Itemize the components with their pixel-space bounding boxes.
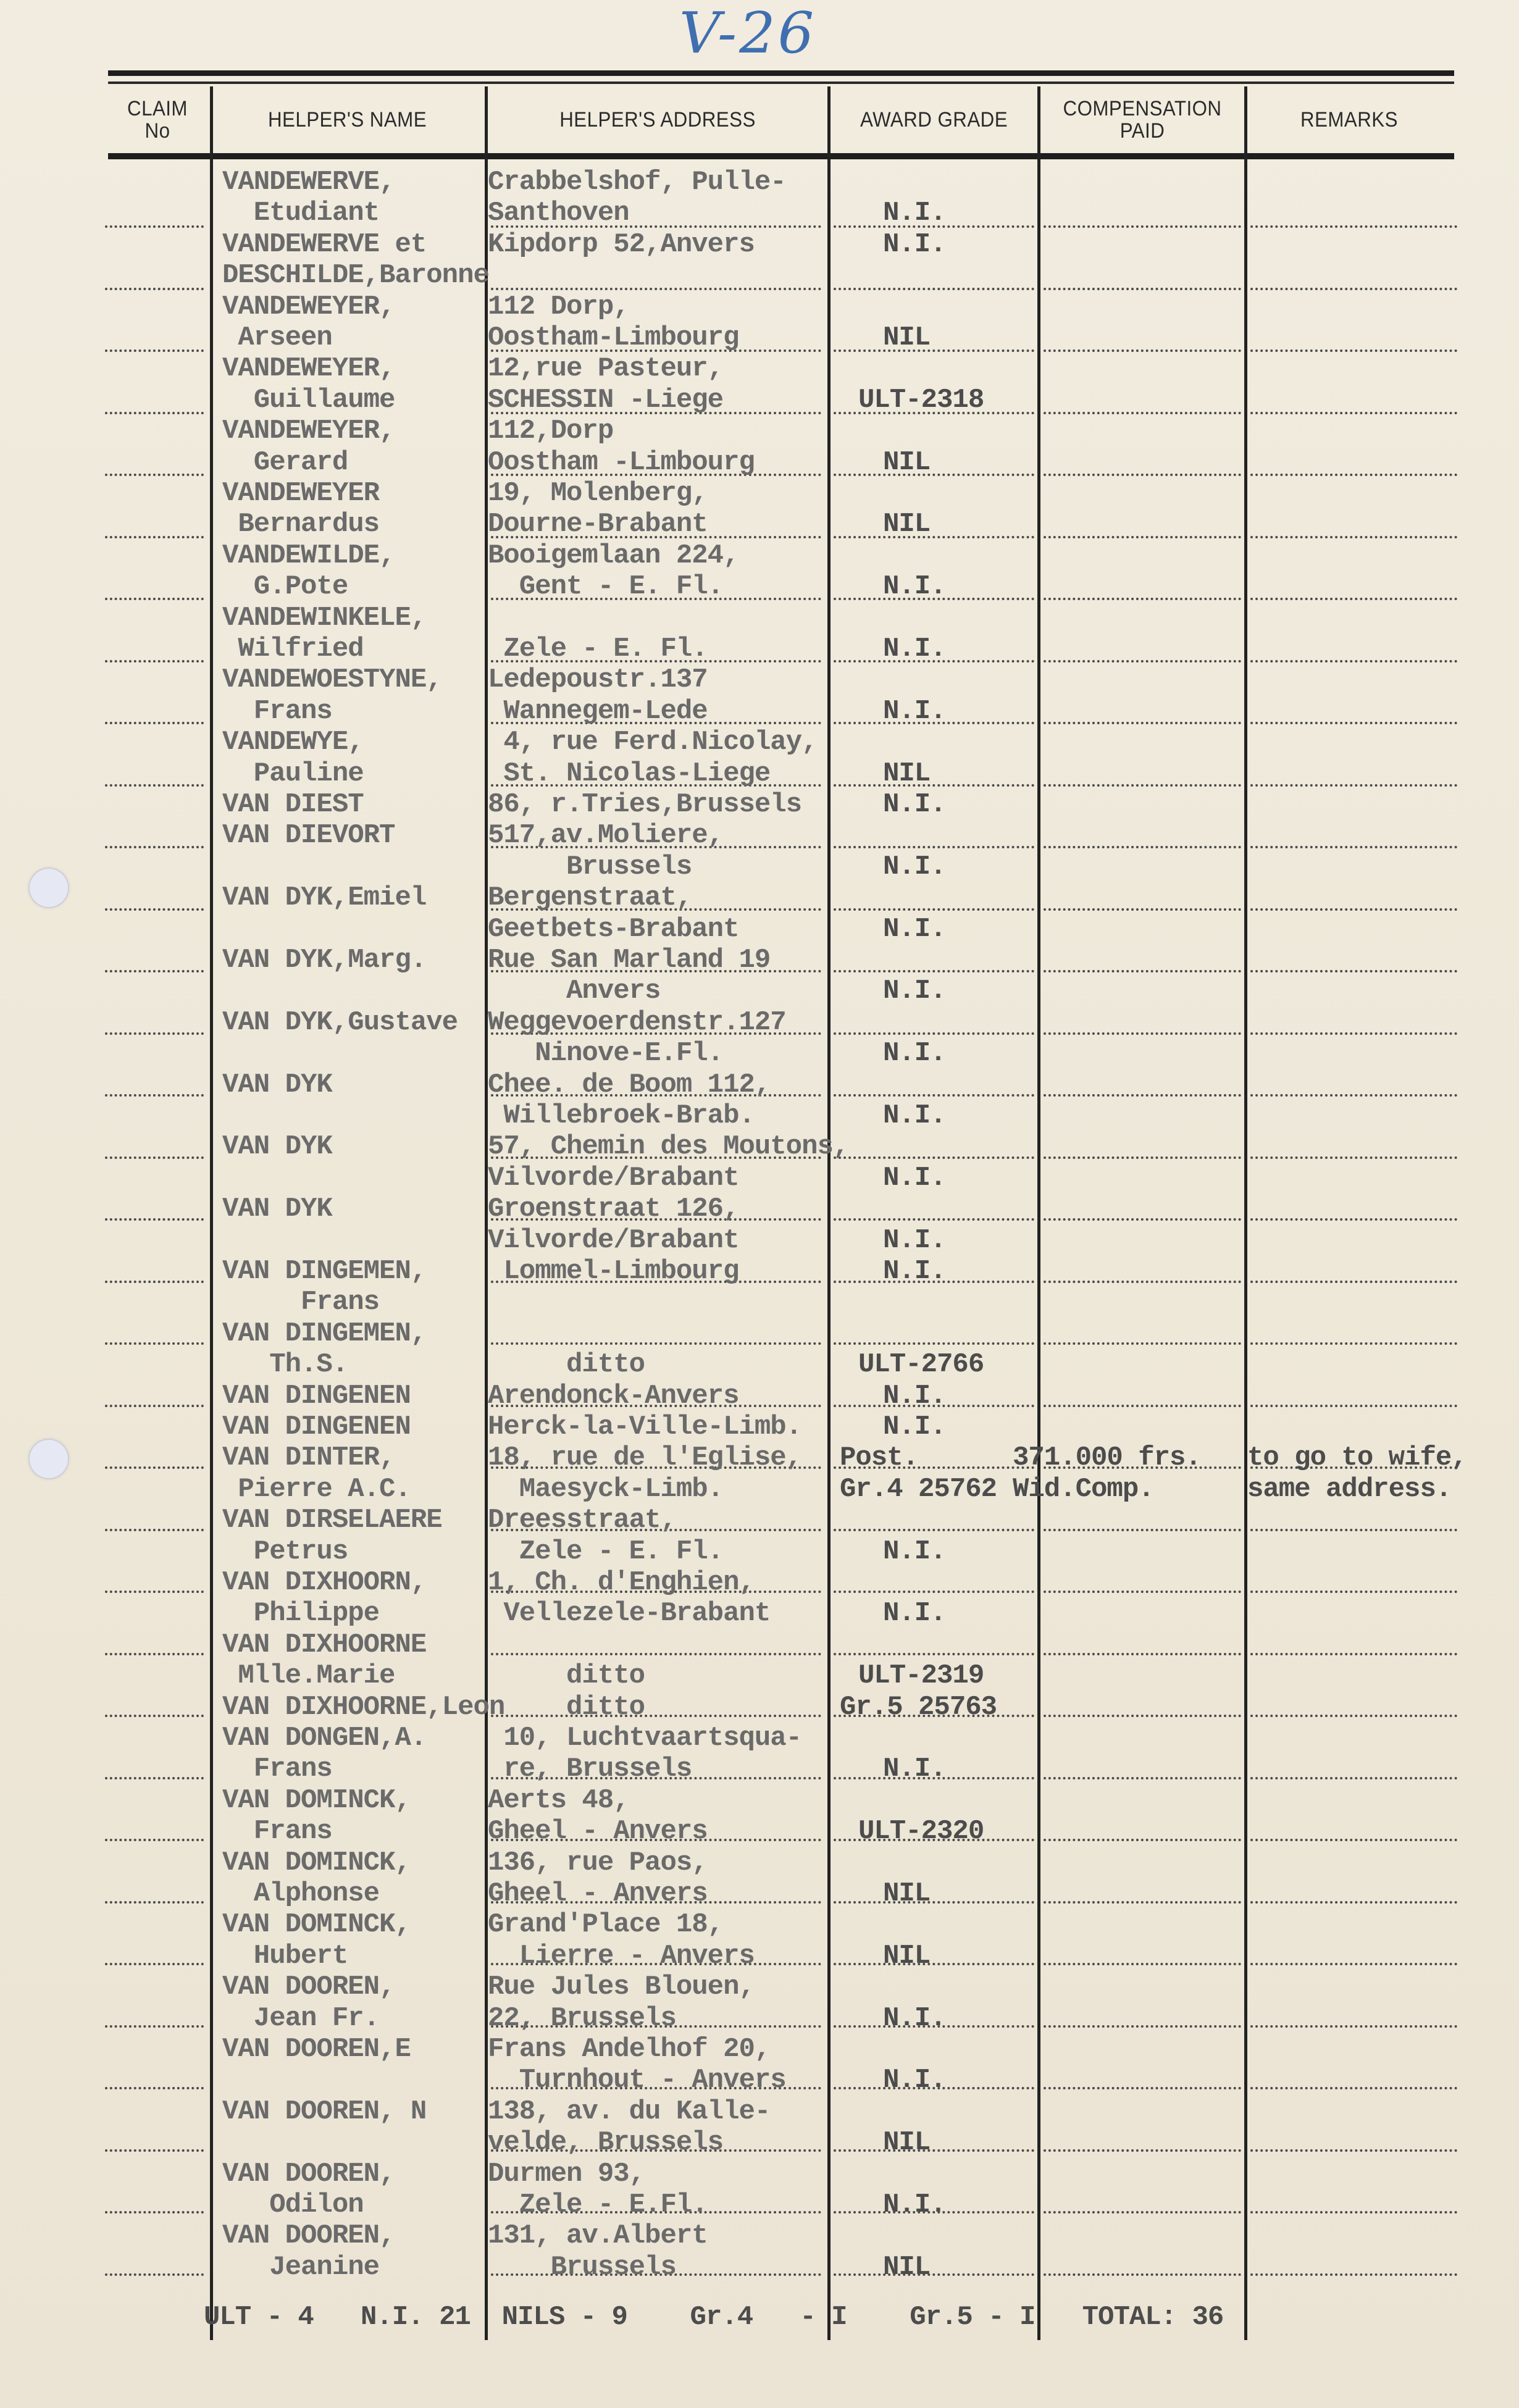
- award-grade-text: ULT-2318: [858, 385, 984, 416]
- header-helpers-name: HELPER'S NAME: [224, 86, 471, 154]
- row-separator: [105, 1529, 204, 1531]
- helper-name-text: VAN DONGEN,A.: [222, 1723, 426, 1754]
- row-separator: [1044, 2211, 1241, 2214]
- helper-address-text: velde, Brussels: [488, 2127, 723, 2158]
- row-separator: [1044, 598, 1241, 600]
- helper-name-text: VANDEWOESTYNE,: [222, 664, 442, 695]
- helper-name-text: VAN DIXHOORNE,Leon: [222, 1692, 504, 1723]
- row-separator: [1250, 2025, 1457, 2028]
- award-grade-text: N.I.: [883, 789, 946, 820]
- helper-name-text: VAN DIRSELAERE: [222, 1505, 442, 1536]
- row-separator: [834, 2273, 1034, 2276]
- row-separator: [105, 908, 204, 911]
- helper-name-text: VAN DOOREN, N: [222, 2096, 426, 2127]
- award-grade-text: Gr.4 25762: [840, 1474, 997, 1505]
- helper-address-text: Oostham-Limbourg: [488, 322, 739, 353]
- award-grade-text: N.I.: [883, 229, 946, 260]
- row-separator: [1250, 349, 1457, 352]
- award-grade-text: N.I.: [883, 851, 946, 882]
- helper-name-text: VANDEWEYER,: [222, 416, 395, 446]
- row-separator: [105, 349, 204, 352]
- row-separator: [105, 970, 204, 972]
- row-separator: [1250, 1094, 1457, 1097]
- column-divider: [827, 86, 831, 2340]
- helper-address-text: SCHESSIN -Liege: [488, 385, 723, 416]
- award-grade-text: N.I.: [883, 2003, 946, 2034]
- row-separator: [105, 2087, 204, 2089]
- helper-name-text: Petrus: [222, 1536, 348, 1567]
- award-grade-text: N.I.: [883, 1256, 946, 1287]
- column-divider: [210, 86, 213, 2340]
- helper-address-text: Zele - E. Fl.: [488, 1536, 723, 1567]
- remarks-text: same address.: [1247, 1474, 1451, 1505]
- row-separator: [1250, 412, 1457, 414]
- helper-name-text: VAN DOOREN,: [222, 2220, 395, 2251]
- award-grade-text: ULT-2320: [858, 1816, 984, 1847]
- helper-name-text: VANDEWINKELE,: [222, 603, 426, 633]
- helper-address-text: Santhoven: [488, 198, 629, 228]
- helper-address-text: Ninove-E.Fl.: [488, 1038, 723, 1069]
- helper-address-text: Gheel - Anvers: [488, 1878, 708, 1909]
- helper-name-text: VAN DYK: [222, 1131, 332, 1162]
- row-separator: [1250, 660, 1457, 663]
- row-separator: [1250, 1591, 1457, 1593]
- row-separator: [105, 1342, 204, 1345]
- row-separator: [1250, 1529, 1457, 1531]
- helper-address-text: Durmen 93,: [488, 2159, 645, 2189]
- row-separator: [1250, 2149, 1457, 2152]
- row-separator: [105, 1715, 204, 1717]
- award-grade-text: ULT-2319: [858, 1660, 984, 1691]
- row-separator: [1044, 1342, 1241, 1345]
- helper-name-text: DESCHILDE,Baronne: [222, 260, 489, 291]
- helper-name-text: Guillaume: [222, 385, 395, 416]
- row-separator: [1044, 412, 1241, 414]
- helper-address-text: Vilvorde/Brabant: [488, 1225, 739, 1256]
- helper-name-text: VAN DOMINCK,: [222, 1785, 411, 1816]
- row-separator: [1250, 1839, 1457, 1841]
- award-grade-text: N.I.: [883, 976, 946, 1006]
- row-separator: [1250, 1963, 1457, 1965]
- helper-address-text: re, Brussels: [488, 1754, 692, 1784]
- row-separator: [105, 1777, 204, 1779]
- row-separator: [1250, 722, 1457, 724]
- helper-address-text: 86, r.Tries,Brussels: [488, 789, 801, 820]
- helper-name-text: Gerard: [222, 447, 348, 478]
- helper-name-text: Jeanine: [222, 2252, 379, 2283]
- award-grade-text: Gr.5 25763: [840, 1692, 997, 1723]
- helper-address-text: 10, Luchtvaartsqua-: [488, 1723, 801, 1754]
- row-separator: [1250, 598, 1457, 600]
- helper-name-text: Mlle.Marie: [222, 1660, 395, 1691]
- row-separator: [1250, 225, 1457, 228]
- award-grade-text: ULT-2766: [858, 1349, 984, 1380]
- row-separator: [105, 846, 204, 848]
- row-separator: [1044, 1839, 1241, 1841]
- helper-address-text: Anvers: [488, 976, 660, 1006]
- row-separator: [1044, 349, 1241, 352]
- row-separator: [1044, 908, 1241, 911]
- row-separator: [1250, 1901, 1457, 1904]
- row-separator: [105, 2211, 204, 2214]
- helper-name-text: Alphonse: [222, 1878, 379, 1909]
- row-separator: [1044, 2149, 1241, 2152]
- row-separator: [834, 536, 1034, 538]
- award-grade-text: N.I.: [883, 1100, 946, 1131]
- helper-address-text: 1, Ch. d'Enghien,: [488, 1567, 755, 1598]
- helper-address-text: Frans Andelhof 20,: [488, 2034, 770, 2065]
- row-separator: [1044, 1653, 1241, 1655]
- award-grade-text: NIL: [883, 322, 930, 353]
- row-separator: [105, 288, 204, 290]
- helper-address-text: Weggevoerdenstr.127: [488, 1007, 786, 1038]
- row-separator: [1044, 2273, 1241, 2276]
- header-claim-no: CLAIMNo: [112, 86, 203, 154]
- award-grade-text: NIL: [883, 2252, 930, 2283]
- row-separator: [834, 288, 1034, 290]
- row-separator: [1250, 784, 1457, 787]
- helper-address-text: Crabbelshof, Pulle-: [488, 167, 786, 198]
- row-separator: [1044, 846, 1241, 848]
- row-separator: [1044, 1405, 1241, 1407]
- helper-name-text: VAN DIXHOORN,: [222, 1567, 426, 1598]
- compensation-text: 371.000 frs.: [1013, 1442, 1201, 1473]
- helper-name-text: VANDEWEYER,: [222, 353, 395, 384]
- row-separator: [1250, 2211, 1457, 2214]
- helper-name-text: VAN DINGEMEN,: [222, 1256, 426, 1287]
- header-compensation-paid: COMPENSATIONPAID: [1048, 86, 1236, 154]
- helper-address-text: Aerts 48,: [488, 1785, 629, 1816]
- helper-address-text: 18, rue de l'Eglise,: [488, 1442, 801, 1473]
- award-grade-text: N.I.: [883, 571, 946, 602]
- row-separator: [1044, 784, 1241, 787]
- helper-name-text: VAN DYK,Gustave: [222, 1007, 458, 1038]
- award-grade-text: N.I.: [883, 1163, 946, 1194]
- row-separator: [1250, 288, 1457, 290]
- row-separator: [1044, 1777, 1241, 1779]
- helper-name-text: Bernardus: [222, 509, 379, 540]
- row-separator: [1250, 1218, 1457, 1221]
- row-separator: [834, 1094, 1034, 1097]
- row-separator: [1044, 1094, 1241, 1097]
- helper-name-text: VAN DINTER,: [222, 1442, 395, 1473]
- row-separator: [1044, 722, 1241, 724]
- row-separator: [1250, 1715, 1457, 1717]
- helper-address-text: Brussels: [488, 851, 692, 882]
- totals-line: ULT - 4 N.I. 21 NILS - 9 Gr.4 - I Gr.5 -…: [204, 2302, 1223, 2333]
- row-separator: [105, 598, 204, 600]
- helper-name-text: Jean Fr.: [222, 2003, 379, 2034]
- helper-address-text: 517,av.Moliere,: [488, 820, 723, 851]
- helper-address-text: St. Nicolas-Liege: [488, 758, 770, 789]
- helper-name-text: VAN DYK: [222, 1194, 332, 1224]
- punch-hole: [28, 867, 69, 908]
- helper-name-text: VAN DINGENEN: [222, 1381, 411, 1411]
- row-separator: [105, 2149, 204, 2152]
- helper-name-text: Pauline: [222, 758, 364, 789]
- helper-name-text: Wilfried: [222, 633, 364, 664]
- helper-address-text: 22, Brussels: [488, 2003, 676, 2034]
- helper-address-text: Dourne-Brabant: [488, 509, 708, 540]
- award-grade-text: N.I.: [883, 1598, 946, 1629]
- row-separator: [1044, 970, 1241, 972]
- helper-address-text: Chee. de Boom 112,: [488, 1069, 770, 1100]
- helper-address-text: 19, Molenberg,: [488, 478, 708, 509]
- helper-name-text: Hubert: [222, 1941, 348, 1971]
- helper-address-text: Rue Jules Blouen,: [488, 1971, 755, 2002]
- row-separator: [105, 1591, 204, 1593]
- row-separator: [1044, 1281, 1241, 1283]
- row-separator: [1250, 1777, 1457, 1779]
- award-grade-text: NIL: [883, 1878, 930, 1909]
- remarks-text: to go to wife,: [1247, 1442, 1467, 1473]
- row-separator: [834, 474, 1034, 476]
- helper-name-text: VAN DYK,Marg.: [222, 945, 426, 976]
- row-separator: [105, 1094, 204, 1097]
- helper-name-text: VAN DOOREN,E: [222, 2034, 411, 2065]
- helper-name-text: VANDEWERVE,: [222, 167, 395, 198]
- row-separator: [105, 225, 204, 228]
- row-separator: [105, 1218, 204, 1221]
- helper-address-text: Zele - E.Fl.: [488, 2189, 708, 2220]
- row-separator: [105, 412, 204, 414]
- helper-name-text: Frans: [222, 1816, 332, 1847]
- helper-address-text: 112 Dorp,: [488, 291, 629, 322]
- helper-address-text: Vellezele-Brabant: [488, 1598, 770, 1629]
- helper-address-text: Geetbets-Brabant: [488, 914, 739, 945]
- helper-name-text: Frans: [222, 1287, 379, 1318]
- row-separator: [1044, 1901, 1241, 1904]
- helper-address-text: 136, rue Paos,: [488, 1847, 708, 1878]
- helper-address-text: Brussels: [488, 2252, 676, 2283]
- header-helpers-address: HELPER'S ADDRESS: [501, 86, 814, 154]
- row-separator: [1250, 1653, 1457, 1655]
- award-grade-text: NIL: [883, 447, 930, 478]
- helper-name-text: Odilon: [222, 2189, 364, 2220]
- row-separator: [105, 1466, 204, 1469]
- helper-address-text: Herck-la-Ville-Limb.: [488, 1411, 801, 1442]
- row-separator: [834, 1156, 1034, 1159]
- helper-name-text: VAN DIXHOORNE: [222, 1629, 426, 1660]
- row-separator: [834, 784, 1034, 787]
- row-separator: [1250, 2087, 1457, 2089]
- helper-name-text: VAN DINGEMEN,: [222, 1318, 426, 1349]
- ledger-page: V-26 CLAIMNo HELPER'S NAME HELPER'S ADDR…: [0, 0, 1519, 2408]
- helper-address-text: Gheel - Anvers: [488, 1816, 708, 1847]
- row-separator: [1250, 846, 1457, 848]
- row-separator: [1250, 1156, 1457, 1159]
- row-separator: [834, 1591, 1034, 1593]
- helper-name-text: VAN DOOREN,: [222, 1971, 395, 2002]
- helper-name-text: VANDEWEYER,: [222, 291, 395, 322]
- row-separator: [491, 1653, 821, 1655]
- row-separator: [105, 1839, 204, 1841]
- helper-name-text: Etudiant: [222, 198, 379, 228]
- compensation-text: Wid.Comp.: [1013, 1474, 1154, 1505]
- row-separator: [105, 1653, 204, 1655]
- award-grade-text: N.I.: [883, 1536, 946, 1567]
- helper-address-text: 131, av.Albert: [488, 2220, 708, 2251]
- header-remarks: REMARKS: [1255, 86, 1443, 154]
- helper-address-text: ditto: [488, 1349, 645, 1380]
- helper-address-text: Wannegem-Lede: [488, 696, 708, 727]
- row-separator: [1044, 225, 1241, 228]
- row-separator: [1044, 1156, 1241, 1159]
- row-separator: [1250, 474, 1457, 476]
- row-separator: [834, 2149, 1034, 2152]
- helper-name-text: Pierre A.C.: [222, 1474, 411, 1505]
- helper-name-text: Arseen: [222, 322, 332, 353]
- row-separator: [834, 1529, 1034, 1531]
- helper-name-text: VAN DYK: [222, 1069, 332, 1100]
- award-grade-text: N.I.: [883, 633, 946, 664]
- row-separator: [834, 970, 1034, 972]
- helper-name-text: VAN DINGENEN: [222, 1411, 411, 1442]
- row-separator: [1250, 1342, 1457, 1345]
- helper-address-text: 12,rue Pasteur,: [488, 353, 723, 384]
- award-grade-text: NIL: [883, 2127, 930, 2158]
- row-separator: [105, 1032, 204, 1035]
- award-grade-text: N.I.: [883, 1381, 946, 1411]
- helper-name-text: Frans: [222, 696, 332, 727]
- row-separator: [1250, 1032, 1457, 1035]
- row-separator: [1044, 1715, 1241, 1717]
- row-separator: [1250, 970, 1457, 972]
- row-separator: [105, 722, 204, 724]
- helper-name-text: VAN DOOREN,: [222, 2159, 395, 2189]
- row-separator: [1250, 1281, 1457, 1283]
- award-grade-text: NIL: [883, 509, 930, 540]
- helper-address-text: 112,Dorp: [488, 416, 613, 446]
- row-separator: [834, 1032, 1034, 1035]
- row-separator: [491, 288, 821, 290]
- row-separator: [1044, 536, 1241, 538]
- award-grade-text: N.I.: [883, 1754, 946, 1784]
- award-grade-text: N.I.: [883, 2065, 946, 2096]
- row-separator: [834, 1901, 1034, 1904]
- row-separator: [1044, 660, 1241, 663]
- helper-name-text: VAN DOMINCK,: [222, 1847, 411, 1878]
- row-separator: [1250, 1405, 1457, 1407]
- row-separator: [105, 784, 204, 787]
- row-separator: [834, 908, 1034, 911]
- helper-address-text: ditto: [488, 1692, 645, 1723]
- row-separator: [1044, 474, 1241, 476]
- helper-address-text: Groenstraat 126,: [488, 1194, 739, 1224]
- award-grade-text: Post.: [840, 1442, 918, 1473]
- helper-address-text: Vilvorde/Brabant: [488, 1163, 739, 1194]
- helper-address-text: Zele - E. Fl.: [488, 633, 708, 664]
- row-separator: [1044, 1963, 1241, 1965]
- helper-name-text: G.Pote: [222, 571, 348, 602]
- row-separator: [1250, 2273, 1457, 2276]
- row-separator: [1250, 536, 1457, 538]
- helper-name-text: VAN DYK,Emiel: [222, 882, 426, 913]
- helper-address-text: Rue San Marland 19: [488, 945, 770, 976]
- column-divider: [1244, 86, 1247, 2340]
- row-separator: [105, 1156, 204, 1159]
- helper-name-text: Philippe: [222, 1598, 379, 1629]
- row-separator: [105, 660, 204, 663]
- helper-name-text: Frans: [222, 1754, 332, 1784]
- column-divider: [1037, 86, 1040, 2340]
- row-separator: [105, 1901, 204, 1904]
- row-separator: [105, 2025, 204, 2028]
- helper-name-text: VANDEWERVE et: [222, 229, 426, 260]
- row-separator: [834, 349, 1034, 352]
- helper-address-text: Gent - E. Fl.: [488, 571, 723, 602]
- row-separator: [834, 1342, 1034, 1345]
- row-separator: [834, 846, 1034, 848]
- helper-address-text: 138, av. du Kalle-: [488, 2096, 770, 2127]
- row-separator: [834, 1963, 1034, 1965]
- row-separator: [105, 2273, 204, 2276]
- helper-address-text: 57, Chemin des Moutons,: [488, 1131, 848, 1162]
- helper-address-text: Willebroek-Brab.: [488, 1100, 755, 1131]
- award-grade-text: N.I.: [883, 198, 946, 228]
- award-grade-text: N.I.: [883, 2189, 946, 2220]
- award-grade-text: N.I.: [883, 1411, 946, 1442]
- helper-address-text: Oostham -Limbourg: [488, 447, 755, 478]
- helper-address-text: Booigemlaan 224,: [488, 540, 739, 571]
- helper-name-text: VAN DIEST: [222, 789, 364, 820]
- helper-address-text: Arendonck-Anvers: [488, 1381, 739, 1411]
- helper-address-text: Maesyck-Limb.: [488, 1474, 723, 1505]
- helper-address-text: Dreesstraat,: [488, 1505, 676, 1536]
- row-separator: [105, 474, 204, 476]
- row-separator: [1044, 1591, 1241, 1593]
- helper-address-text: Ledepoustr.137: [488, 664, 708, 695]
- helper-name-text: VAN DIEVORT: [222, 820, 395, 851]
- helper-address-text: ditto: [488, 1660, 645, 1691]
- award-grade-text: N.I.: [883, 696, 946, 727]
- helper-address-text: Kipdorp 52,Anvers: [488, 229, 755, 260]
- helper-name-text: VANDEWYE,: [222, 727, 364, 758]
- helper-name-text: VANDEWEYER: [222, 478, 379, 509]
- award-grade-text: NIL: [883, 758, 930, 789]
- award-grade-text: N.I.: [883, 1038, 946, 1069]
- row-separator: [105, 1405, 204, 1407]
- helper-address-text: Lierre - Anvers: [488, 1941, 755, 1971]
- helper-address-text: Turnhout - Anvers: [488, 2065, 786, 2096]
- header-award-grade: AWARD GRADE: [839, 86, 1029, 154]
- row-separator: [105, 536, 204, 538]
- row-separator: [834, 1218, 1034, 1221]
- row-separator: [1044, 1529, 1241, 1531]
- helper-address-text: Grand'Place 18,: [488, 1909, 723, 1940]
- helper-address-text: Lommel-Limbourg: [488, 1256, 739, 1287]
- helper-name-text: Th.S.: [222, 1349, 348, 1380]
- handwritten-page-label: V-26: [679, 0, 816, 66]
- row-separator: [1044, 1218, 1241, 1221]
- row-separator: [1250, 908, 1457, 911]
- row-separator: [105, 1963, 204, 1965]
- award-grade-text: N.I.: [883, 1225, 946, 1256]
- helper-address-text: Bergenstraat,: [488, 882, 692, 913]
- row-separator: [1044, 2025, 1241, 2028]
- row-separator: [1044, 1032, 1241, 1035]
- row-separator: [1044, 288, 1241, 290]
- row-separator: [105, 1281, 204, 1283]
- header-top-rule: [108, 70, 1454, 76]
- helper-name-text: VAN DOMINCK,: [222, 1909, 411, 1940]
- helper-name-text: VANDEWILDE,: [222, 540, 395, 571]
- helper-address-text: 4, rue Ferd.Nicolay,: [488, 727, 818, 758]
- row-separator: [491, 1342, 821, 1345]
- header-top-thin-rule: [108, 82, 1454, 84]
- award-grade-text: N.I.: [883, 914, 946, 945]
- row-separator: [1044, 2087, 1241, 2089]
